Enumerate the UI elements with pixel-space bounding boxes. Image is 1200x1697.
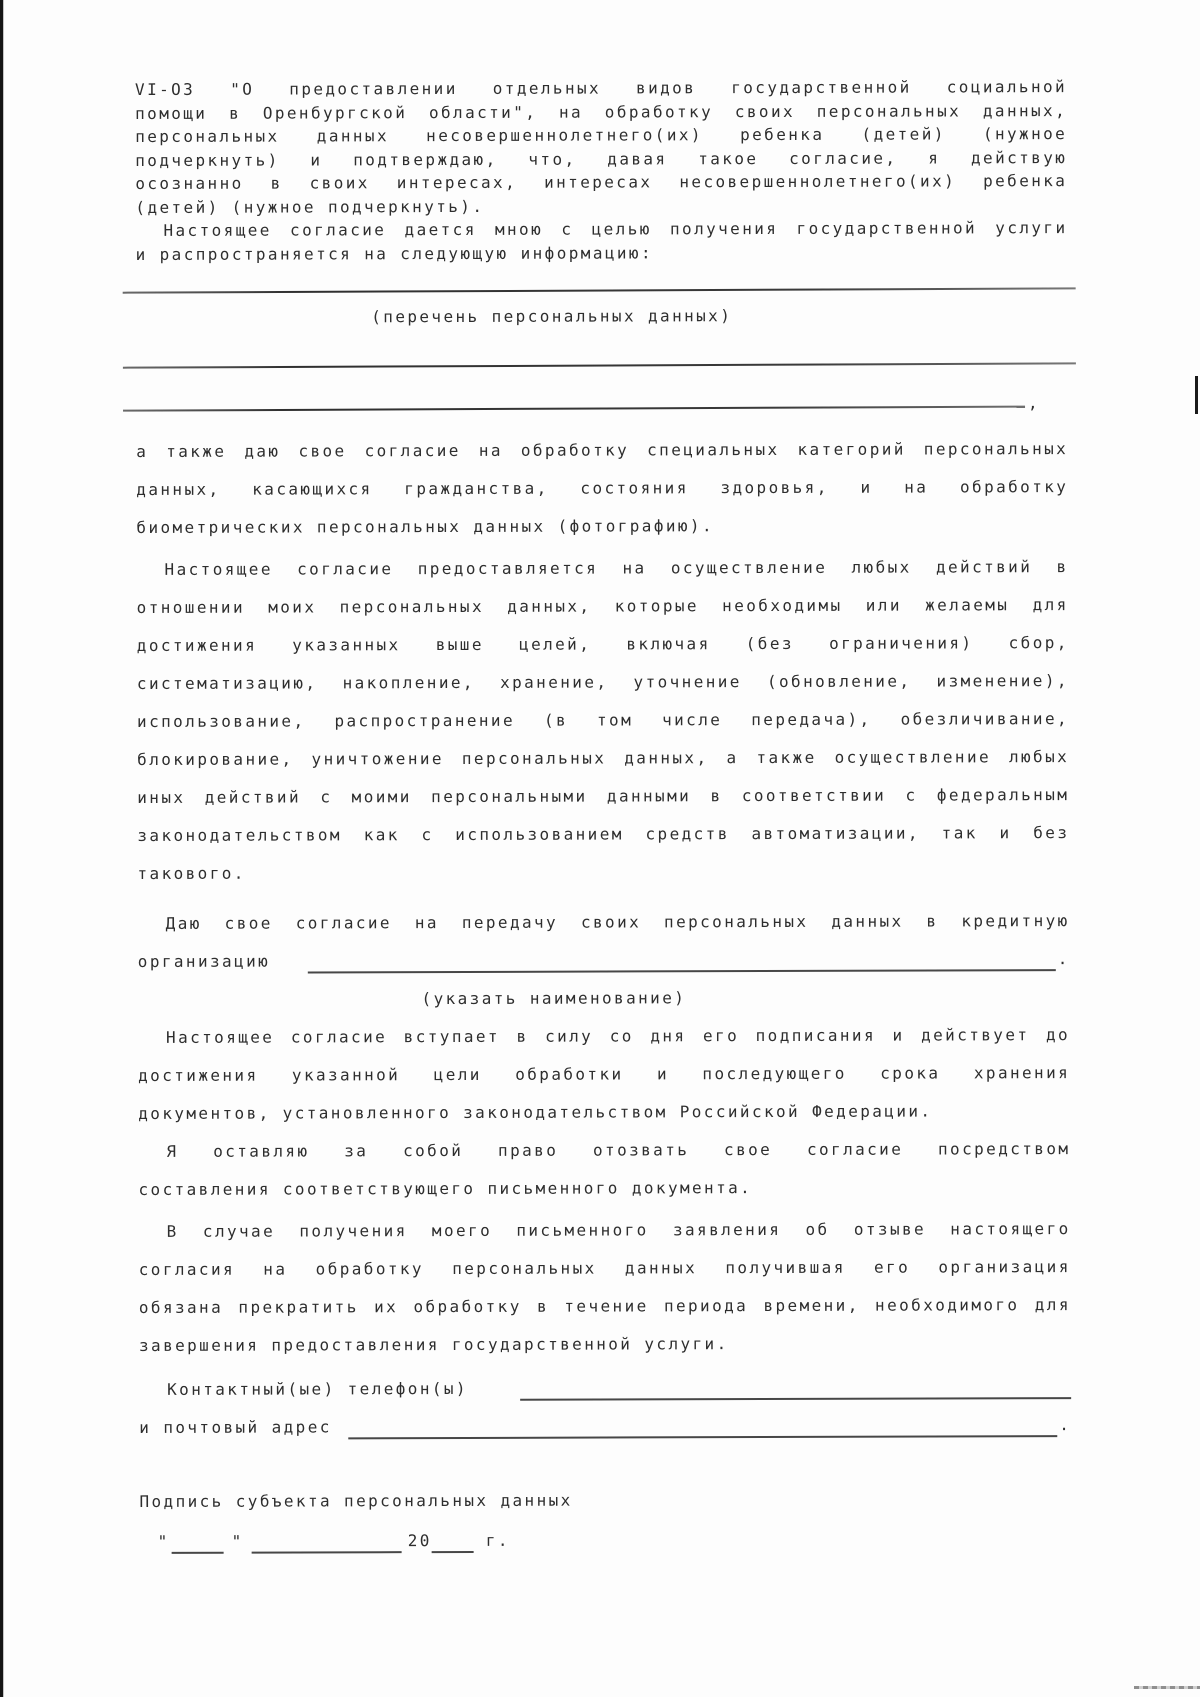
contact-phone-row: Контактный(ые) телефон(ы) [139,1368,1071,1409]
text-line: VI-ОЗ "О предоставлении отдельных видов … [135,75,1067,101]
paragraph-revocation-right: Я оставляю за собой право отозвать свое … [138,1130,1070,1209]
ruled-blank-line-2 [123,362,1076,368]
text-line: документов, установленного законодательс… [138,1092,1070,1133]
text-line: согласия на обработку персональных данны… [139,1248,1071,1289]
text-line: достижения указанной цели обработки и по… [138,1054,1070,1095]
text-line: достижения указанных выше целей, включая… [137,624,1069,665]
text-line: законодательством как с использованием с… [137,814,1069,855]
text-line: Я оставляю за собой право отозвать свое … [138,1130,1070,1171]
text-line: В случае получения моего письменного зая… [139,1210,1071,1251]
paragraph-validity: Настоящее согласие вступает в силу со дн… [138,1016,1070,1133]
scan-right-edge-artifact [1195,376,1198,414]
signature-date-row: " " 20 г. [140,1520,1072,1561]
document-body: VI-ОЗ "О предоставлении отдельных видов … [135,75,1072,1561]
year-blank-line [432,1522,474,1553]
text-line: и распространяется на следующую информац… [136,240,1068,266]
text-line: завершения предоставления государственно… [139,1324,1071,1365]
day-blank-line [172,1523,224,1554]
paragraph-allowed-actions: Настоящее согласие предоставляется на ос… [136,548,1069,893]
text-line: использование, распространение (в том чи… [137,700,1069,741]
postal-address-blank-line [348,1406,1058,1439]
text-line: обязана прекратить их обработку в течени… [139,1286,1071,1327]
paragraph-withdrawal-effect: В случае получения моего письменного зая… [139,1210,1071,1365]
credit-organization-label: организацию [138,943,270,981]
text-line: Настоящее согласие предоставляется на ос… [136,548,1068,589]
caption-personal-data-list: (перечень персональных данных) [86,302,1018,330]
postal-address-label: и почтовый адрес [139,1408,332,1447]
text-line: отношении моих персональных данных, кото… [137,586,1069,627]
text-line: Настоящее согласие вступает в силу со дн… [138,1016,1070,1057]
text-line: а также даю свое согласие на обработку с… [136,430,1068,471]
day-quote-open: " [158,1523,170,1561]
year-suffix-label: г. [486,1522,510,1560]
caption-specify-name: (указать наименование) [88,978,1020,1019]
text-line: такового. [137,852,1069,893]
paragraph-consent-purpose: Настоящее согласие дается мною с целью п… [135,216,1067,266]
text-line: составления соответствующего письменного… [138,1168,1070,1209]
trailing-comma: , [1028,399,1040,407]
credit-organization-row: организацию . [138,940,1070,981]
text-line: иных действий с моими персональными данн… [137,776,1069,817]
ruled-line [123,406,1025,412]
text-line: помощи в Оренбургской области", на обраб… [135,99,1067,125]
scan-left-edge-artifact [0,0,3,1697]
text-line: подчеркнуть) и подтверждаю, что, давая т… [135,146,1067,172]
text-line: систематизацию, накопление, хранение, ут… [137,662,1069,703]
postal-address-row: и почтовый адрес . [139,1406,1071,1447]
postal-address-period: . [1059,1406,1071,1444]
scanned-document-page: VI-ОЗ "О предоставлении отдельных видов … [0,0,1200,1697]
month-blank-line [252,1522,402,1553]
text-line: персональных данных несовершеннолетнего(… [135,122,1067,148]
text-line: осознанно в своих интересах, интересах н… [135,169,1067,195]
contact-phone-label: Контактный(ые) телефон(ы) [167,1370,468,1409]
text-line: блокирование, уничтожение персональных д… [137,738,1069,779]
paragraph-intro: VI-ОЗ "О предоставлении отдельных видов … [135,75,1067,219]
signature-subject-label: Подпись субъекта персональных данных [139,1480,1071,1521]
contact-phone-blank-line [520,1368,1071,1401]
day-quote-close: " [232,1523,244,1561]
text-line: биометрических персональных данных (фото… [136,506,1068,547]
scan-bottom-noise [1134,1686,1200,1689]
paragraph-credit-transfer: Даю свое согласие на передачу своих перс… [138,902,1070,943]
credit-organization-period: . [1058,940,1070,978]
year-prefix: 20 [408,1522,432,1560]
credit-organization-blank-line [308,940,1056,973]
text-line: данных, касающихся гражданства, состояни… [136,468,1068,509]
text-line: Настоящее согласие дается мною с целью п… [135,216,1067,242]
ruled-blank-line-1 [123,287,1076,293]
text-line: (детей) (нужное подчеркнуть). [135,193,1067,219]
paragraph-special-categories: а также даю свое согласие на обработку с… [136,430,1068,547]
ruled-blank-line-3: , [136,400,1068,411]
